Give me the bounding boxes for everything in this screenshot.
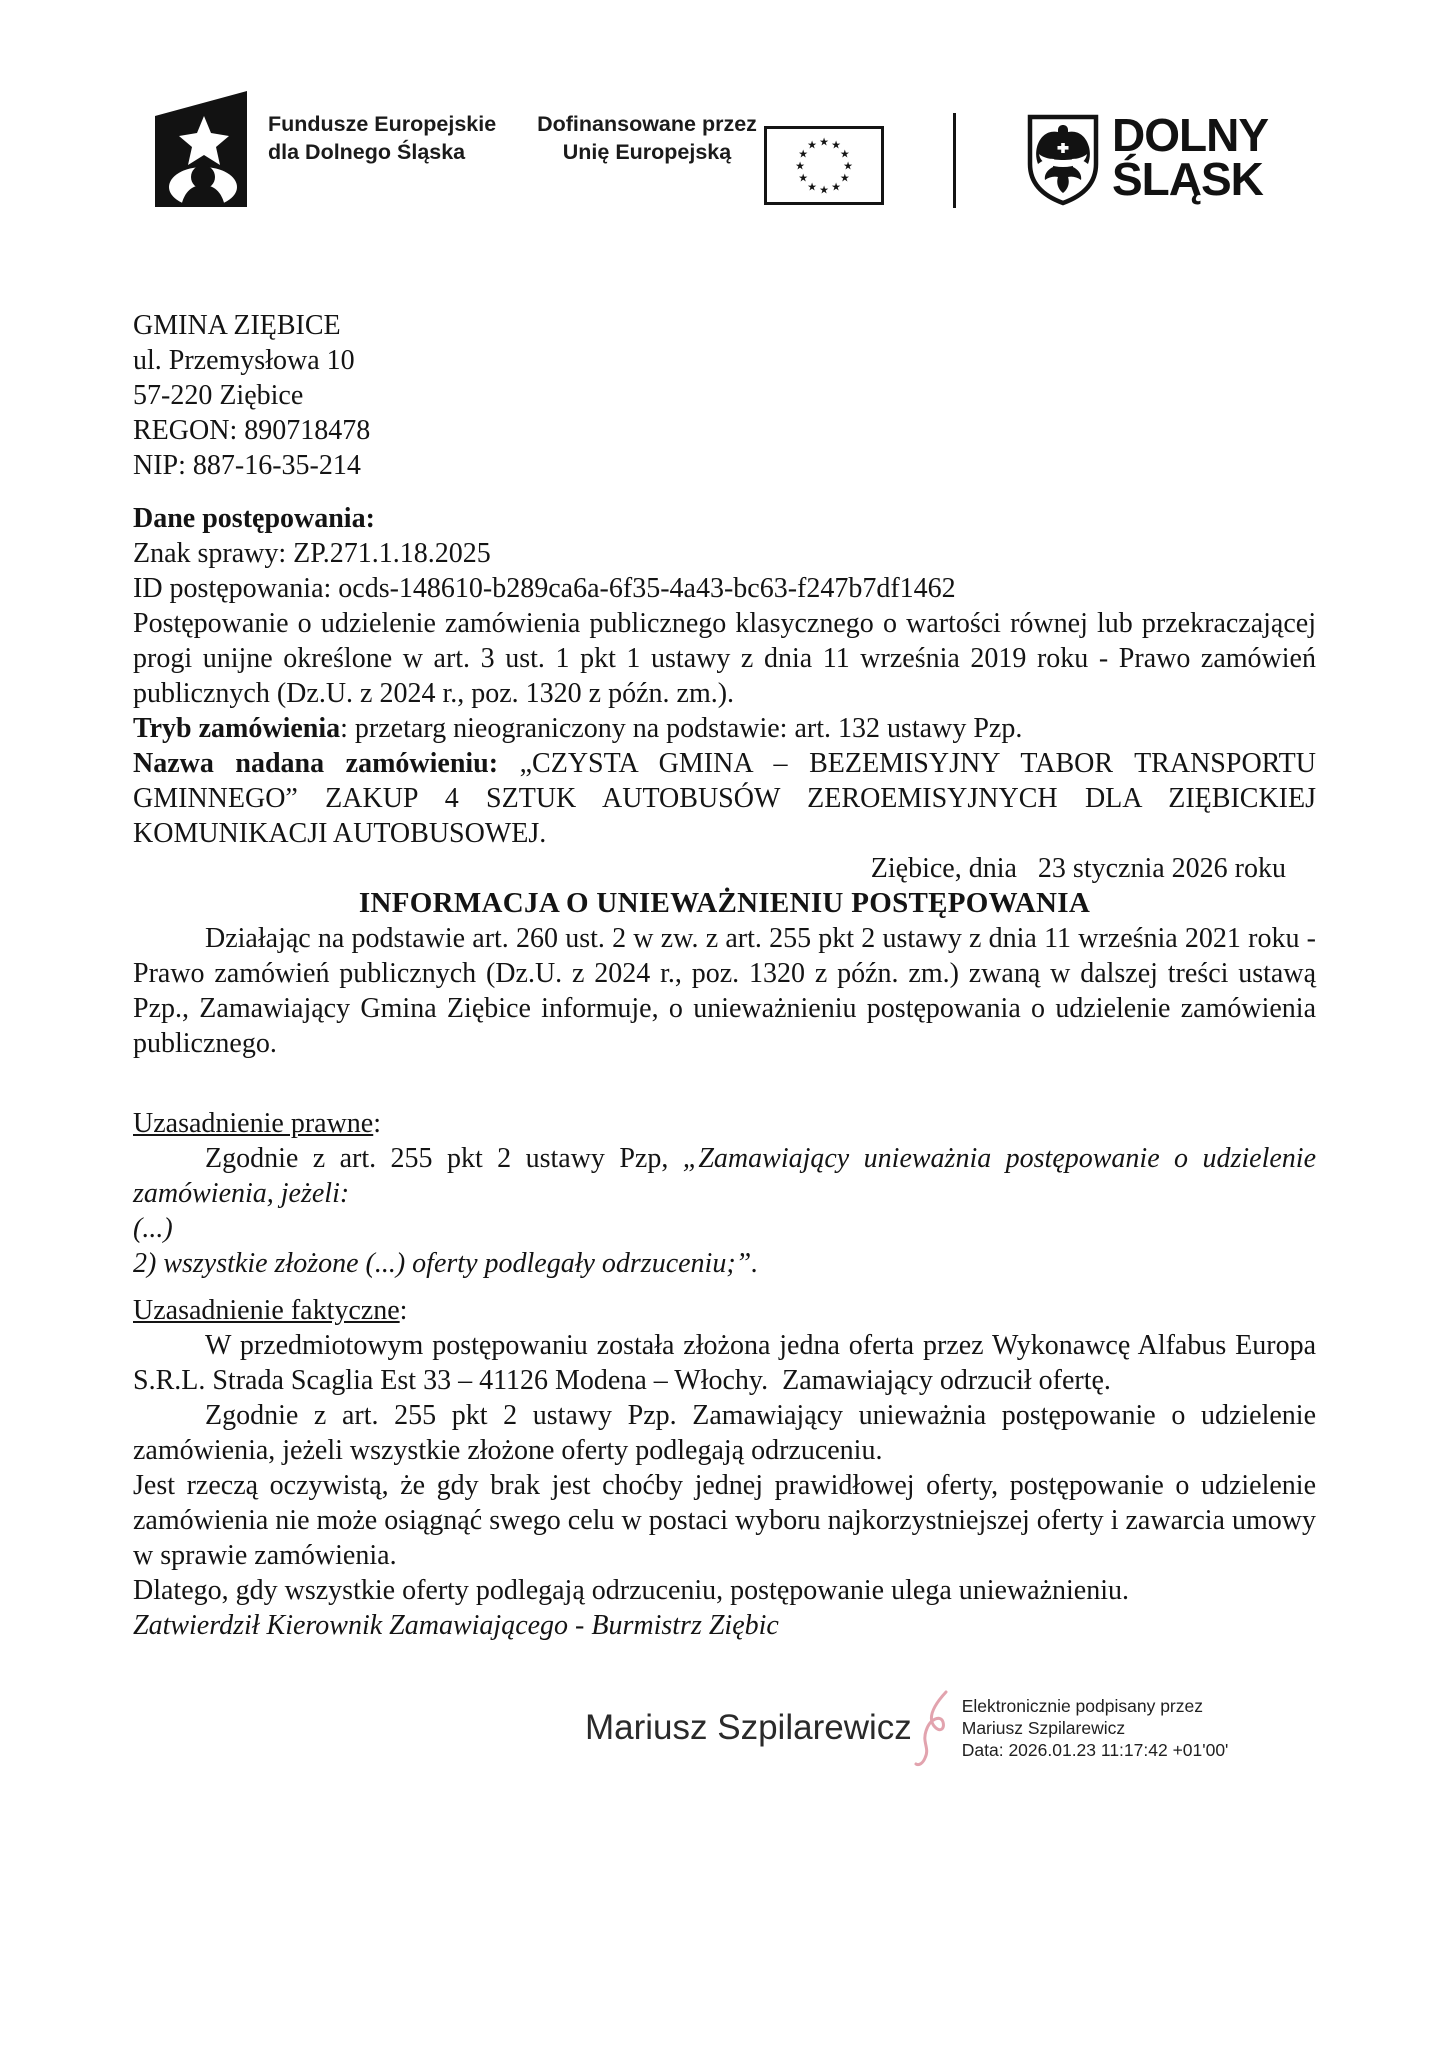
sender-nip: NIP: 887-16-35-214 [133, 448, 1316, 483]
svg-text:★: ★ [807, 139, 817, 152]
document-body: GMINA ZIĘBICE ul. Przemysłowa 10 57-220 … [133, 215, 1316, 1768]
eu-funds-label: Fundusze Europejskie dla Dolnego Śląska [268, 110, 496, 166]
dolny-slask-label-line2: ŚLĄSK [1112, 157, 1268, 201]
legal-quote-lead-regular: Zgodnie z art. 255 pkt 2 ustawy Pzp, [205, 1143, 683, 1174]
sender-city: 57-220 Ziębice [133, 378, 1316, 413]
factual-justification-heading-text: Uzasadnienie faktyczne [133, 1295, 400, 1326]
document-page: Fundusze Europejskie dla Dolnego Śląska … [0, 0, 1449, 2048]
eu-flag-icon: ★ ★ ★ ★ ★ ★ ★ ★ ★ ★ ★ ★ [764, 126, 884, 205]
approval-line: Zatwierdził Kierownik Zamawiającego - Bu… [133, 1608, 1316, 1643]
factual-paragraph-3: Jest rzeczą oczywistą, że gdy brak jest … [133, 1468, 1316, 1573]
eu-cofunded-label: Dofinansowane przez Unię Europejską [534, 110, 760, 166]
svg-text:★: ★ [807, 180, 817, 193]
factual-justification-heading: Uzasadnienie faktyczne: [133, 1293, 1316, 1328]
signature-details-line2: Mariusz Szpilarewicz [962, 1717, 1229, 1739]
case-number: Znak sprawy: ZP.271.1.18.2025 [133, 536, 1316, 571]
signatory-name: Mariusz Szpilarewicz [585, 1708, 912, 1748]
factual-paragraph-4: Dlatego, gdy wszystkie oferty podlegają … [133, 1573, 1316, 1608]
procurement-mode-label: Tryb zamówienia [133, 713, 340, 744]
legal-quote-point: 2) wszystkie złożone (...) oferty podleg… [133, 1246, 1316, 1281]
case-id: ID postępowania: ocds-148610-b289ca6a-6f… [133, 571, 1316, 606]
procurement-mode-value: : przetarg nieograniczony na podstawie: … [340, 713, 1022, 744]
case-data-heading: Dane postępowania: [133, 501, 1316, 536]
legal-quote-ellipsis: (...) [133, 1211, 1316, 1246]
case-data-block: Dane postępowania: Znak sprawy: ZP.271.1… [133, 501, 1316, 851]
signature-details-line3: Data: 2026.01.23 11:17:42 +01'00' [962, 1739, 1229, 1761]
sender-name: GMINA ZIĘBICE [133, 308, 1316, 343]
legal-justification-section: Uzasadnienie prawne: Zgodnie z art. 255 … [133, 1106, 1316, 1281]
legal-justification-heading: Uzasadnienie prawne: [133, 1106, 1316, 1141]
signature-block: Mariusz Szpilarewicz Elektronicznie podp… [585, 1688, 1316, 1768]
svg-text:★: ★ [840, 172, 850, 185]
sender-block: GMINA ZIĘBICE ul. Przemysłowa 10 57-220 … [133, 308, 1316, 483]
legal-quote-lead: Zgodnie z art. 255 pkt 2 ustawy Pzp, „Za… [133, 1141, 1316, 1211]
legal-justification-heading-colon: : [373, 1108, 381, 1139]
date-line: Ziębice, dnia 23 stycznia 2026 roku [133, 851, 1316, 886]
signature-details: Elektronicznie podpisany przez Mariusz S… [962, 1695, 1229, 1761]
header-divider [953, 113, 956, 208]
sender-regon: REGON: 890718478 [133, 413, 1316, 448]
factual-paragraph-2: Zgodnie z art. 255 pkt 2 ustawy Pzp. Zam… [133, 1398, 1316, 1468]
eu-funds-flag-icon [148, 86, 254, 210]
dolny-slask-label-line1: DOLNY [1112, 113, 1268, 157]
dolny-slask-eagle-icon [1026, 114, 1100, 206]
svg-text:★: ★ [819, 184, 829, 197]
svg-text:★: ★ [798, 172, 808, 185]
eu-cofunded-label-line1: Dofinansowane przez [534, 110, 760, 138]
factual-paragraph-1: W przedmiotowym postępowaniu została zło… [133, 1328, 1316, 1398]
svg-text:★: ★ [819, 136, 829, 149]
svg-text:★: ★ [831, 180, 841, 193]
eu-funds-label-line1: Fundusze Europejskie [268, 110, 496, 138]
procurement-mode: Tryb zamówienia: przetarg nieograniczony… [133, 711, 1316, 746]
signature-details-line1: Elektronicznie podpisany przez [962, 1695, 1229, 1717]
contract-name-label: Nazwa nadana zamówieniu: [133, 748, 520, 779]
sender-street: ul. Przemysłowa 10 [133, 343, 1316, 378]
signature-flourish-icon [914, 1688, 956, 1768]
factual-justification-section: Uzasadnienie faktyczne: W przedmiotowym … [133, 1293, 1316, 1608]
case-description: Postępowanie o udzielenie zamówienia pub… [133, 606, 1316, 711]
eu-funds-label-line2: dla Dolnego Śląska [268, 138, 496, 166]
intro-paragraph: Działając na podstawie art. 260 ust. 2 w… [133, 921, 1316, 1061]
dolny-slask-label: DOLNY ŚLĄSK [1112, 113, 1268, 201]
document-header: Fundusze Europejskie dla Dolnego Śląska … [0, 0, 1449, 215]
legal-justification-heading-text: Uzasadnienie prawne [133, 1108, 373, 1139]
factual-justification-heading-colon: : [400, 1295, 408, 1326]
document-title: INFORMACJA O UNIEWAŻNIENIU POSTĘPOWANIA [133, 886, 1316, 921]
svg-text:★: ★ [795, 160, 805, 173]
eu-cofunded-label-line2: Unię Europejską [534, 138, 760, 166]
contract-name: Nazwa nadana zamówieniu: „CZYSTA GMINA –… [133, 746, 1316, 851]
